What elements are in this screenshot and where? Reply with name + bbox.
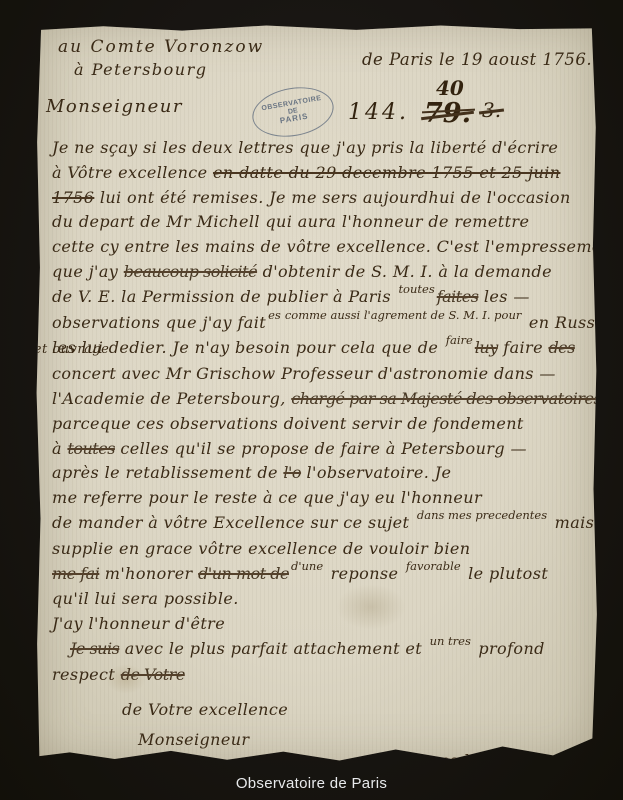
letter-text: les —: [478, 287, 529, 306]
letter-text: les lui dedier. Je n'ay besoin pour cela…: [52, 338, 444, 357]
letter-line: l'Academie de Petersbourg, chargé par sa…: [52, 387, 586, 412]
letter-line: concert avec Mr Grischow Professeur d'as…: [52, 362, 586, 387]
letter-text: faire: [498, 338, 549, 357]
struck-text: en datte du 29 decembre 1755 et 25 juin: [213, 163, 560, 182]
letter-text: profond: [473, 639, 545, 658]
photo-background: au Comte Voronzow à Petersbourg de Paris…: [0, 0, 623, 800]
inserted-word: toutes: [398, 282, 434, 296]
inserted-word: dans mes precedentes: [417, 508, 547, 522]
recipient-line-1: au Comte Voronzow: [58, 37, 264, 57]
letter-text: qu'il lui sera possible.: [52, 589, 239, 608]
inserted-word: es: [268, 308, 281, 322]
letter-line: le tres humble &c: [404, 749, 586, 774]
letter-line: cette cy entre les mains de vôtre excell…: [52, 235, 586, 260]
struck-text: de Votre: [121, 665, 185, 684]
letter-text: après le retablissement de: [52, 463, 283, 482]
struck-text: 1756: [52, 188, 94, 207]
letter-line: du depart de Mr Michell qui aura l'honne…: [52, 210, 586, 235]
inserted-word: d'une: [291, 559, 323, 573]
letter-text: observations que j'ay fait: [52, 313, 266, 332]
letter-text: lui ont été remises. Je me sers aujourdh…: [94, 188, 570, 207]
letter-line: observations que j'ay faitescomme aussi …: [52, 311, 586, 337]
struck-text: Je suis: [70, 639, 119, 658]
letter-line: Je ne sçay si les deux lettres que j'ay …: [52, 136, 586, 161]
letter-line: 1756 lui ont été remises. Je me sers auj…: [52, 186, 586, 211]
letter-text: à: [52, 439, 67, 458]
inserted-word: comme aussi l'agrement de S. M. I. pour: [285, 308, 522, 322]
caption-text: Observatoire de Paris: [0, 775, 623, 792]
letter-line: Monseigneur: [138, 728, 586, 753]
letter-text: Monseigneur: [138, 730, 250, 749]
letter-text: celles qu'il se propose de faire à Peter…: [115, 439, 527, 458]
letter-line: J'ay l'honneur d'être: [52, 612, 586, 637]
letter-line: qu'il lui sera possible.: [52, 587, 586, 612]
letter-text: à Vôtre excellence: [52, 163, 213, 182]
letter-line: parceque ces observations doivent servir…: [52, 412, 586, 437]
folio-number-struck-2: 3.: [482, 98, 501, 122]
inserted-word: favorable: [406, 559, 461, 573]
struck-text: l'o: [283, 463, 301, 482]
archive-stamp: OBSERVATOIRE DE PARIS: [248, 81, 337, 143]
letter-text: concert avec Mr Grischow Professeur d'as…: [52, 364, 556, 383]
letter-text: supplie en grace vôtre excellence de vou…: [52, 539, 470, 558]
letter-text: d'obtenir de S. M. I. à la demande: [257, 262, 552, 281]
struck-text: et la permission de: [616, 313, 623, 332]
letter-line: à toutes celles qu'il se propose de fair…: [52, 437, 586, 462]
letter-text: Je ne sçay si les deux lettres que j'ay …: [52, 138, 558, 157]
letter-text: respect: [52, 665, 121, 684]
letter-line: supplie en grace vôtre excellence de vou…: [52, 537, 586, 562]
letter-line: de Votre excellence: [122, 698, 586, 723]
struck-text: des: [548, 338, 574, 357]
letter-text: du depart de Mr Michell qui aura l'honne…: [52, 212, 529, 231]
struck-text: toutes: [67, 439, 114, 458]
letter-line: de V. E. la Permission de publier à Pari…: [52, 285, 586, 311]
recipient-line-2: à Petersbourg: [74, 60, 207, 79]
letter-line: Je suis avec le plus parfait attachement…: [70, 637, 586, 663]
struck-text: chargé par sa Majesté des observatoires;…: [291, 389, 623, 408]
salutation: Monseigneur: [46, 96, 183, 117]
letter-text: J'ay l'honneur d'être: [52, 614, 225, 633]
letter-text: le plutost: [463, 564, 549, 583]
struck-text: d'un mot de: [198, 564, 289, 583]
struck-text: me fai: [52, 564, 99, 583]
letter-text: de Votre excellence: [122, 700, 288, 719]
letter-text: l'observatoire. Je: [301, 463, 451, 482]
letter-text: de mander à vôtre Excellence sur ce suje…: [52, 513, 415, 532]
folio-number-struck: 79.: [424, 98, 471, 129]
folio-number-main: 144.: [348, 100, 409, 125]
letter-line: respect de Votre: [52, 663, 586, 688]
stamp-line-3: PARIS: [279, 113, 309, 127]
letter-body: Je ne sçay si les deux lettres que j'ay …: [52, 136, 586, 774]
letter-text: parceque ces observations doivent servir…: [52, 414, 524, 433]
letter-text: en Russie: [523, 313, 616, 332]
struck-text: beaucoup solicité: [124, 262, 257, 281]
folio-number-inserted: 40: [436, 76, 464, 100]
letter-line: après le retablissement de l'o l'observa…: [52, 461, 586, 486]
letter-line: à Vôtre excellence en datte du 29 decemb…: [52, 161, 586, 186]
letter-line: de mander à vôtre Excellence sur ce suje…: [52, 511, 586, 537]
letter-text: cette cy entre les mains de vôtre excell…: [52, 237, 619, 256]
letter-text: le tres humble &c: [404, 751, 556, 770]
letter-text: mais je —: [549, 513, 623, 532]
letter-text: que j'ay: [52, 262, 124, 281]
letter-text: reponse: [325, 564, 404, 583]
letter-text: m'honorer: [99, 564, 198, 583]
letter-line: me fai m'honorer d'un mot ded'une repons…: [52, 562, 586, 588]
struck-text: faites: [437, 287, 479, 306]
letter-text: de V. E. la Permission de publier à Pari…: [52, 287, 396, 306]
dateline: de Paris le 19 aoust 1756.: [362, 50, 592, 69]
letter-text: avec le plus parfait attachement et: [119, 639, 427, 658]
letter-text: me referre pour le reste à ce que j'ay e…: [52, 488, 482, 507]
letter-line: que j'ay beaucoup solicité d'obtenir de …: [52, 260, 586, 285]
struck-text: luy: [475, 338, 498, 357]
letter-paper: au Comte Voronzow à Petersbourg de Paris…: [36, 24, 598, 762]
letter-text: l'Academie de Petersbourg,: [52, 389, 291, 408]
inserted-word: faire: [446, 333, 473, 347]
inserted-word: un tres: [430, 634, 471, 648]
letter-line: les lui dedier. Je n'ay besoin pour cela…: [52, 336, 586, 362]
